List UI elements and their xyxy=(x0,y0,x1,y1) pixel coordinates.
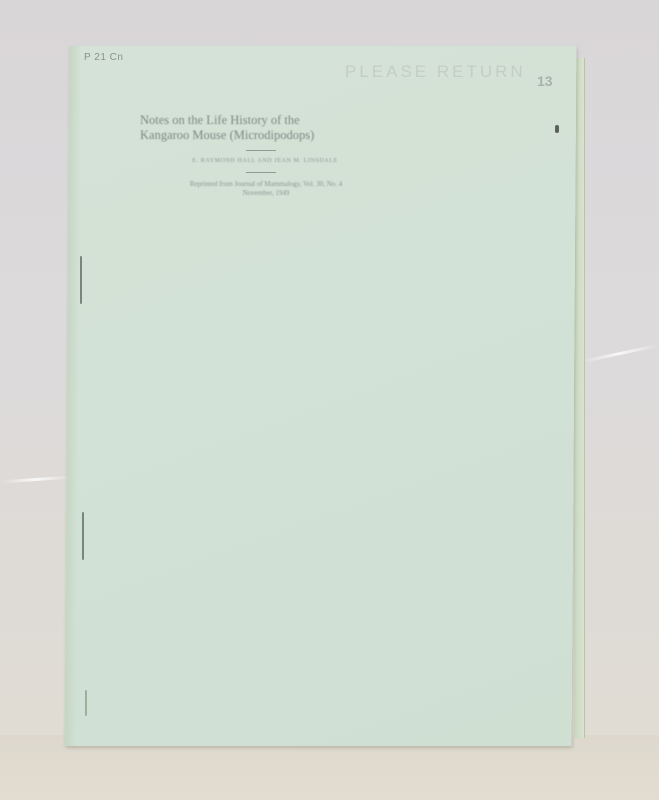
pamphlet-title: Notes on the Life History of the Kangaro… xyxy=(140,113,390,143)
staple xyxy=(80,256,82,304)
backdrop-fold xyxy=(0,475,72,483)
pencil-note: P 21 Cn xyxy=(84,52,123,63)
reprint-line-2: November, 1949 xyxy=(146,189,386,198)
title-line-2: Kangaroo Mouse (Microdipodops) xyxy=(140,128,390,143)
faded-stamp: PLEASE RETURN xyxy=(345,62,526,82)
stamp-number: 13 xyxy=(537,73,553,89)
reprint-line-1: Reprinted from Journal of Mammalogy, Vol… xyxy=(146,180,386,189)
ink-mark xyxy=(555,125,559,133)
staple xyxy=(82,512,84,560)
pamphlet-cover xyxy=(65,46,577,746)
backdrop-fold xyxy=(581,344,659,364)
title-line-1: Notes on the Life History of the xyxy=(140,113,390,128)
authors-line: E. Raymond Hall and Jean M. Linsdale xyxy=(150,158,380,164)
reprint-info: Reprinted from Journal of Mammalogy, Vol… xyxy=(146,180,386,198)
divider xyxy=(246,150,276,151)
spine-mark xyxy=(85,690,87,716)
divider xyxy=(246,172,276,173)
